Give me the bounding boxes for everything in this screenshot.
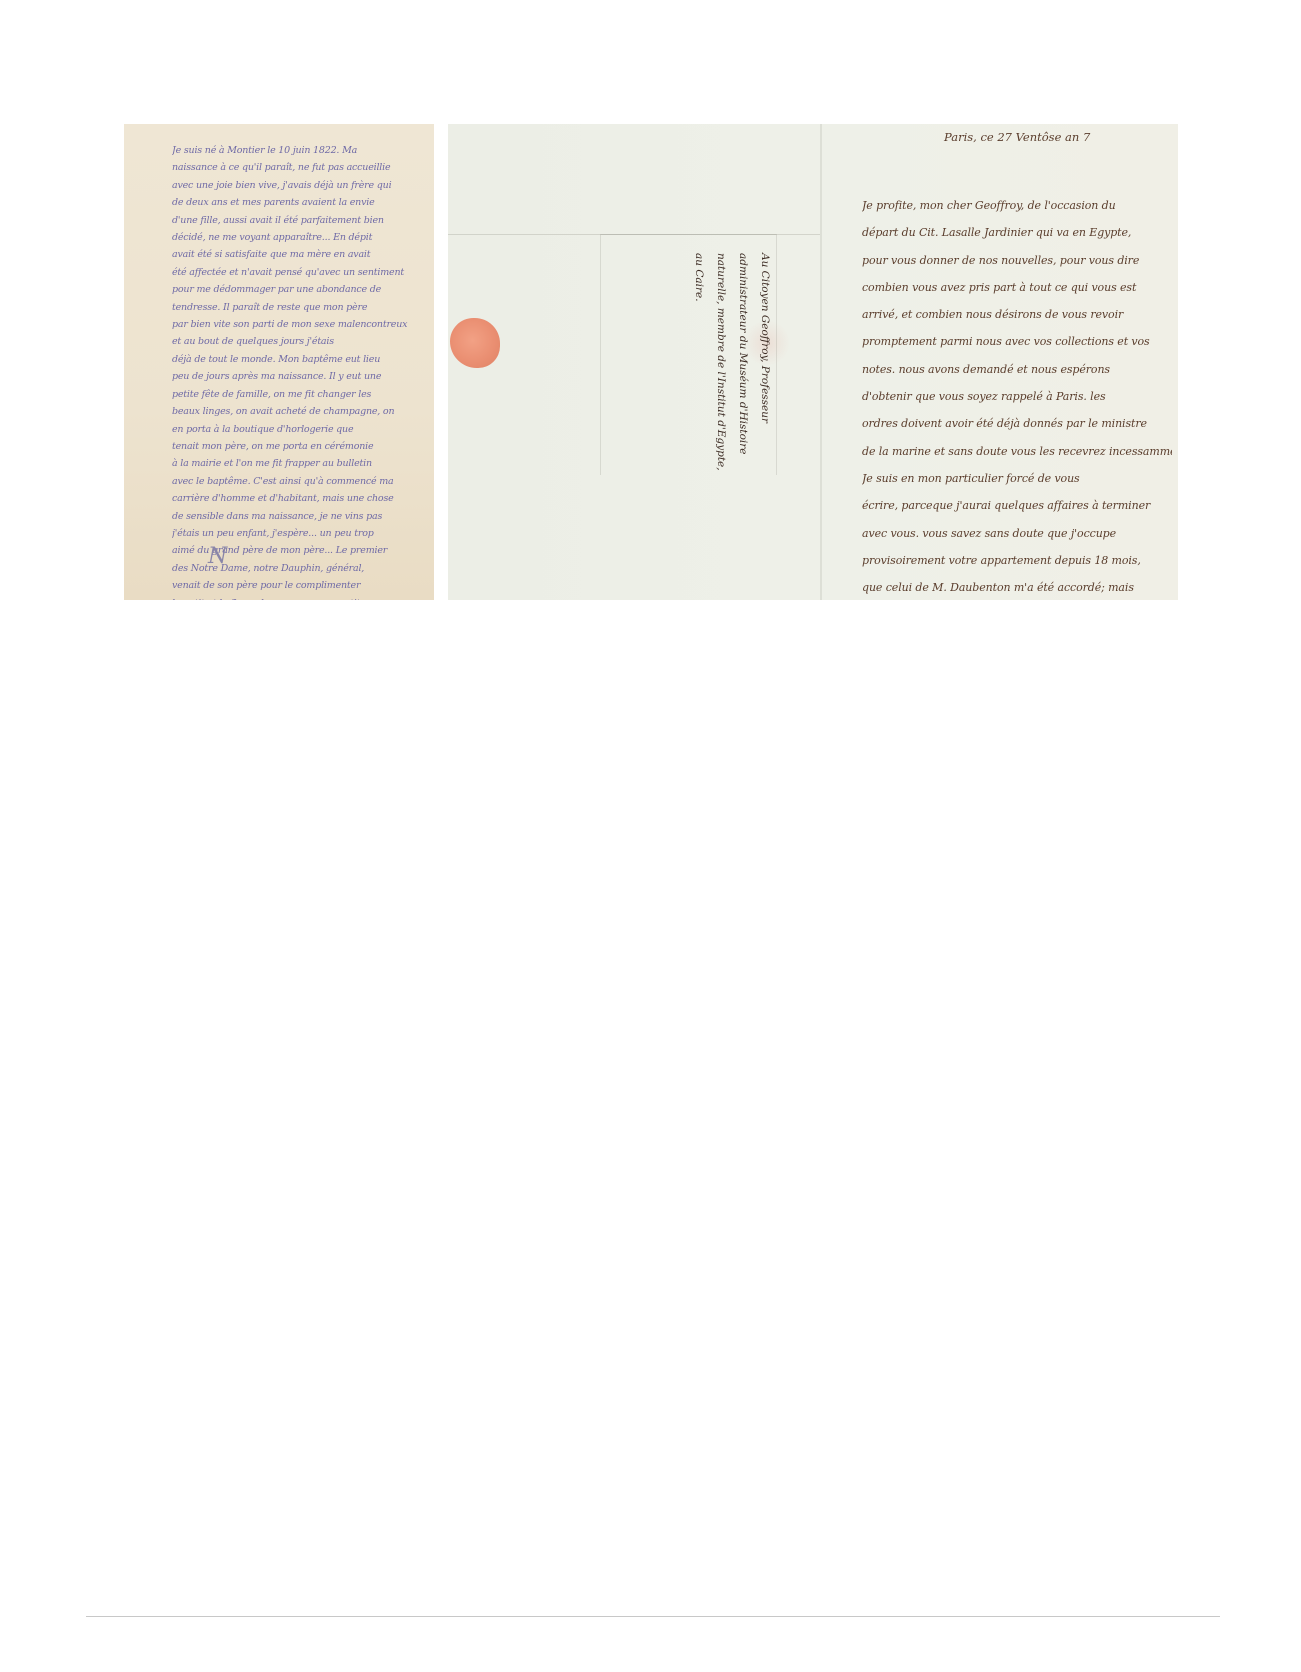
handwritten-text-left: Je suis né à Montier le 10 juin 1822. Ma… — [172, 142, 426, 600]
handwritten-line: administrateur du Muséum d'Histoire — [732, 235, 754, 475]
handwritten-line: d'obtenir que vous soyez rappelé à Paris… — [862, 383, 1172, 410]
letter-dateline: Paris, ce 27 Ventôse an 7 — [944, 130, 1090, 144]
handwritten-line: été affectée et n'avait pensé qu'avec un… — [172, 264, 426, 281]
handwritten-line: pour me dédommager par une abondance de — [172, 281, 426, 298]
handwritten-line: beaux linges, on avait acheté de champag… — [172, 403, 426, 420]
address-panel: Au Citoyen Geoffroy, Professeuradministr… — [600, 234, 777, 475]
handwritten-line: départ du Cit. Lasalle Jardinier qui va … — [862, 219, 1172, 246]
handwritten-line: de sensible dans ma naissance, je ne vin… — [172, 508, 426, 525]
handwritten-line: venait de son père pour le complimenter — [172, 577, 426, 594]
handwritten-line: et au bout de quelques jours j'étais — [172, 333, 426, 350]
handwritten-line: avec une joie bien vive, j'avais déjà un… — [172, 177, 426, 194]
handwritten-line: tenait mon père, on me porta en cérémoni… — [172, 438, 426, 455]
margin-mark: N — [208, 544, 227, 569]
handwritten-line: au Caire. — [688, 235, 710, 475]
handwritten-line: d'une fille, aussi avait il été parfaite… — [172, 212, 426, 229]
manuscript-image-right: Au Citoyen Geoffroy, Professeuradministr… — [448, 124, 1178, 600]
handwritten-line: avec vous. vous savez sans doute que j'o… — [862, 520, 1172, 547]
handwritten-line: à la mairie et l'on me fit frapper au bu… — [172, 455, 426, 472]
handwritten-line: déjà de tout le monde. Mon baptême eut l… — [172, 351, 426, 368]
handwritten-line: avait été si satisfaite que ma mère en a… — [172, 246, 426, 263]
handwritten-line: Au Citoyen Geoffroy, Professeur — [754, 235, 776, 475]
handwritten-line: pour vous donner de nos nouvelles, pour … — [862, 247, 1172, 274]
handwritten-line: j'étais un peu enfant, j'espère... un pe… — [172, 525, 426, 542]
address-text: Au Citoyen Geoffroy, Professeuradministr… — [601, 235, 776, 475]
handwritten-line: en porta à la boutique d'horlogerie que — [172, 421, 426, 438]
handwritten-line: Je profite, mon cher Geoffroy, de l'occa… — [862, 192, 1172, 219]
handwritten-line: le petit et la figure large comme un pet… — [172, 595, 426, 600]
handwritten-line: petite fête de famille, on me fit change… — [172, 386, 426, 403]
handwritten-line: ordres doivent avoir été déjà donnés par… — [862, 410, 1172, 437]
handwritten-line: combien vous avez pris part à tout ce qu… — [862, 274, 1172, 301]
handwritten-line: Je suis en mon particulier forcé de vous — [862, 465, 1172, 492]
handwritten-line: décidé, ne me voyant apparaître... En dé… — [172, 229, 426, 246]
handwritten-line: de la marine et sans doute vous les rece… — [862, 438, 1172, 465]
handwritten-line: que celui de M. Daubenton m'a été accord… — [862, 574, 1172, 600]
manuscript-image-left: Je suis né à Montier le 10 juin 1822. Ma… — [124, 124, 434, 600]
handwritten-text-right: Je profite, mon cher Geoffroy, de l'occa… — [862, 192, 1172, 600]
handwritten-line: avec le baptême. C'est ainsi qu'à commen… — [172, 473, 426, 490]
handwritten-line: promptement parmi nous avec vos collecti… — [862, 328, 1172, 355]
handwritten-line: provisoirement votre appartement depuis … — [862, 547, 1172, 574]
handwritten-line: écrire, parceque j'aurai quelques affair… — [862, 492, 1172, 519]
handwritten-line: de deux ans et mes parents avaient la en… — [172, 194, 426, 211]
footer-divider — [86, 1616, 1220, 1617]
handwritten-line: naturelle, membre de l'Institut d'Egypte… — [710, 235, 732, 475]
handwritten-line: naissance à ce qu'il paraît, ne fut pas … — [172, 159, 426, 176]
handwritten-line: par bien vite son parti de mon sexe male… — [172, 316, 426, 333]
handwritten-line: Je suis né à Montier le 10 juin 1822. Ma — [172, 142, 426, 159]
handwritten-line: carrière d'homme et d'habitant, mais une… — [172, 490, 426, 507]
handwritten-line: tendresse. Il paraît de reste que mon pè… — [172, 299, 426, 316]
wax-seal — [450, 318, 500, 368]
handwritten-line: arrivé, et combien nous désirons de vous… — [862, 301, 1172, 328]
paper-fold-vertical — [820, 124, 822, 600]
handwritten-line: notes. nous avons demandé et nous espéro… — [862, 356, 1172, 383]
handwritten-line: peu de jours après ma naissance. Il y eu… — [172, 368, 426, 385]
